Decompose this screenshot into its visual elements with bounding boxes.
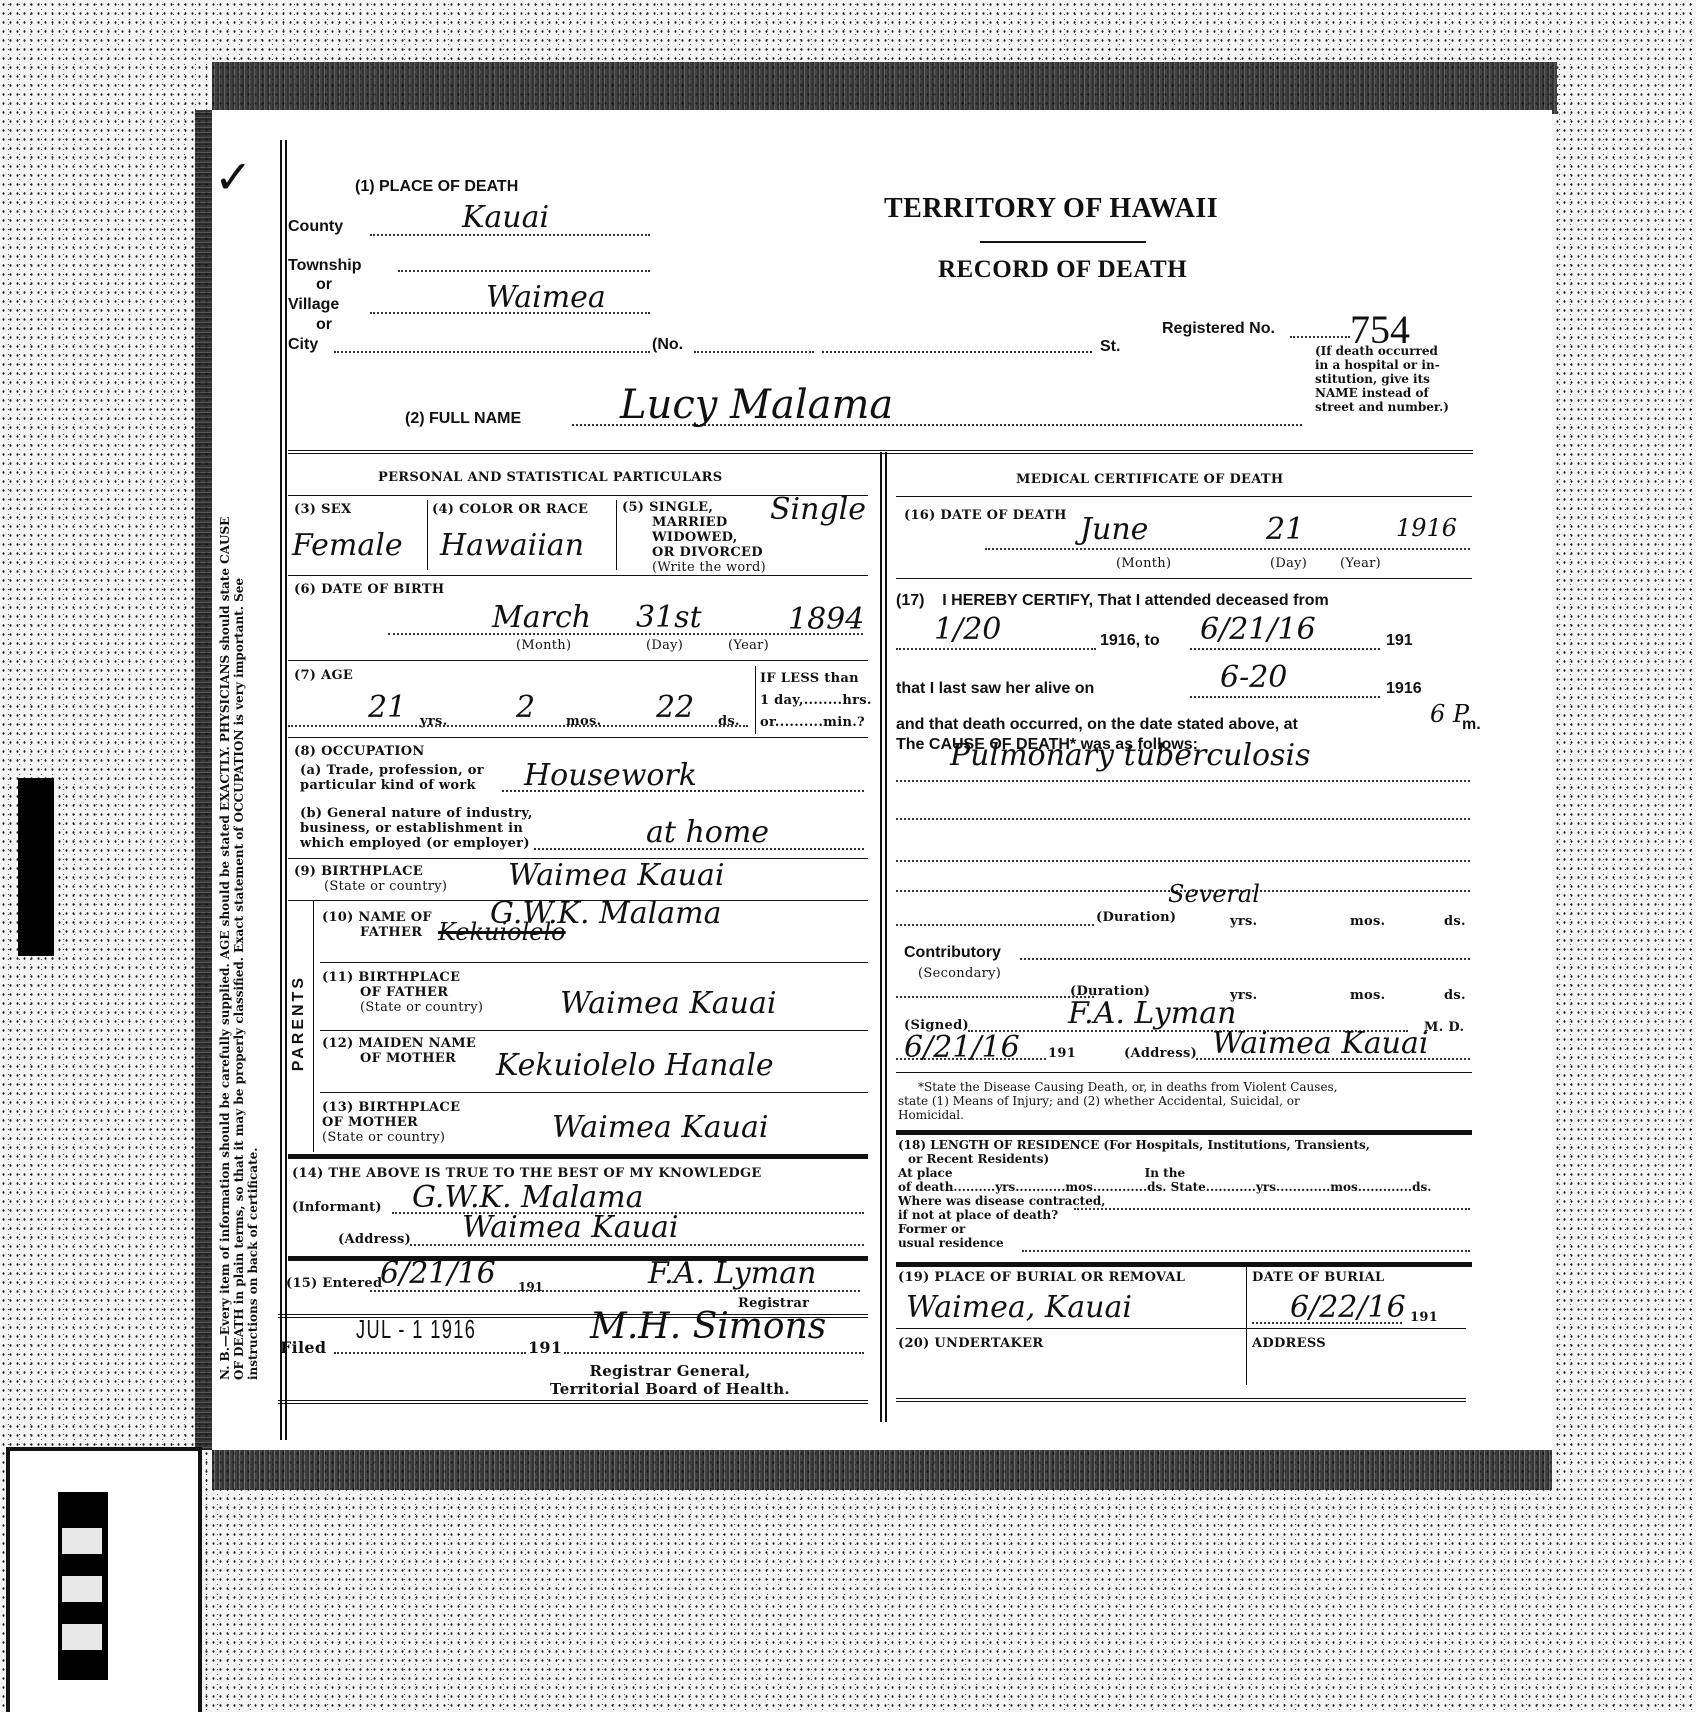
occupation-a-value: Housework [524, 758, 697, 793]
cause-footnote: *State the Disease Causing Death, or, in… [898, 1080, 1338, 1122]
sign-date: 6/21/16 [904, 1030, 1020, 1065]
occupation-b-label: (b) General nature of industry, business… [300, 806, 533, 851]
city-line [334, 351, 650, 353]
undertaker-address-label: ADDRESS [1252, 1336, 1326, 1351]
dob-label: (6) DATE OF BIRTH [294, 582, 444, 597]
burial-place-value: Waimea, Kauai [906, 1290, 1132, 1325]
mos-label: mos. [1350, 914, 1385, 929]
dod-day: 21 [1266, 512, 1304, 547]
rule [755, 666, 756, 734]
registrar-general-line [564, 1352, 864, 1354]
filed-line [334, 1352, 526, 1354]
age-months: 2 [516, 690, 535, 725]
day-caption: (Day) [646, 638, 683, 653]
cause-of-death: Pulmonary tuberculosis [950, 738, 1310, 773]
filed-label: Filed [280, 1340, 326, 1355]
dod-label: (16) DATE OF DEATH [904, 508, 1067, 523]
father-birthplace-label: (11) BIRTHPLACE OF FATHER (State or coun… [322, 970, 483, 1015]
birthplace-label: (9) BIRTHPLACE (State or country) [294, 864, 447, 894]
race-label: (4) COLOR OR RACE [432, 502, 588, 517]
personal-heading: PERSONAL AND STATISTICAL PARTICULARS [378, 470, 722, 485]
attended-from-line [896, 648, 1096, 650]
county-label: County [288, 218, 343, 236]
last-saw-label: that I last saw her alive on [896, 680, 1094, 698]
time-suffix: m. [1462, 716, 1481, 734]
mother-label: (12) MAIDEN NAME OF MOTHER [322, 1036, 476, 1066]
rule [896, 1262, 1472, 1267]
certify-line: (17) I HEREBY CERTIFY, That I attended d… [896, 592, 1329, 610]
street-no-label: (No. [652, 336, 683, 354]
rule [896, 1328, 1466, 1329]
scan-shadow-bottom [212, 1450, 1552, 1490]
usual-residence-line [1022, 1250, 1470, 1252]
registrar-general-label: Registrar General, Territorial Board of … [550, 1362, 790, 1398]
year-caption: (Year) [728, 638, 769, 653]
dob-day: 31st [636, 600, 702, 635]
rule [288, 575, 868, 576]
rule [427, 500, 428, 570]
informant-address-label: (Address) [338, 1232, 411, 1247]
dob-month: March [492, 600, 591, 635]
burial-year-prefix: 191 [1410, 1310, 1438, 1325]
duration-years: Several [1168, 880, 1260, 908]
contributory-line [1020, 958, 1470, 960]
age-line [288, 725, 748, 727]
race-value: Hawaiian [440, 528, 584, 563]
rule [616, 500, 617, 570]
mother-value: Kekuiolelo Hanale [496, 1048, 774, 1083]
township-label: Township [288, 257, 361, 275]
mother-birthplace-label: (13) BIRTHPLACE OF MOTHER (State or coun… [322, 1100, 460, 1145]
village-label: Village [288, 296, 339, 314]
last-saw-line [1190, 696, 1380, 698]
county-value: Kauai [462, 200, 549, 235]
attended-from: 1/20 [934, 612, 1001, 647]
film-strip [58, 1492, 108, 1680]
age-label: (7) AGE [294, 668, 353, 683]
check-mark-icon: ✓ [214, 150, 253, 204]
filed-year-prefix: 191 [528, 1340, 562, 1355]
hospital-note: (If death occurred in a hospital or in- … [1315, 344, 1449, 414]
full-name-label: (2) FULL NAME [405, 410, 521, 428]
entered-date: 6/21/16 [380, 1256, 496, 1291]
registrar-signature: F.A. Lyman [648, 1256, 816, 1291]
margin-double-rule [280, 140, 287, 1440]
sign-year-prefix: 191 [1048, 1046, 1076, 1061]
physician-address-label: (Address) [1124, 1046, 1197, 1061]
duration-line [896, 924, 1094, 926]
cause-line-2 [896, 818, 1470, 820]
yrs-label: yrs. [420, 714, 447, 729]
physician-address: Waimea Kauai [1212, 1026, 1428, 1061]
burial-date-label: DATE OF BURIAL [1252, 1270, 1384, 1285]
form-subtitle: RECORD OF DEATH [938, 256, 1187, 284]
village-value: Waimea [486, 280, 606, 315]
attended-from-year: 1916, to [1100, 632, 1160, 650]
medical-heading: MEDICAL CERTIFICATE OF DEATH [1016, 472, 1283, 487]
dod-year: 1916 [1396, 514, 1457, 542]
entered-label: (15) Entered [286, 1276, 382, 1291]
ds-label: ds. [718, 714, 740, 729]
md-label: M. D. [1424, 1020, 1464, 1035]
full-name-value: Lucy Malama [620, 382, 893, 428]
age-days: 22 [656, 690, 694, 725]
parents-label: PARENTS [290, 975, 308, 1071]
ds-label: ds. [1444, 914, 1466, 929]
secondary-label: (Secondary) [918, 966, 1001, 981]
occupation-label: (8) OCCUPATION [294, 744, 425, 759]
rule [288, 660, 868, 661]
street-no-line [694, 351, 814, 353]
mother-birthplace-value: Waimea Kauai [552, 1110, 768, 1145]
mos-label: mos. [566, 714, 601, 729]
street-line [822, 351, 1092, 353]
duration-label: (Duration) [1096, 910, 1176, 925]
rule [896, 1398, 1466, 1402]
marital-label: (5) SINGLE, MARRIED WIDOWED, OR DIVORCED… [622, 500, 766, 575]
occupation-b-value: at home [646, 815, 769, 850]
father-birthplace-value: Waimea Kauai [560, 986, 776, 1021]
informant-address-value: Waimea Kauai [462, 1210, 678, 1245]
ds-label: ds. [1444, 988, 1466, 1003]
time-of-death-label: and that death occurred, on the date sta… [896, 716, 1298, 734]
rule [320, 962, 868, 963]
rule [320, 1092, 868, 1093]
rule [320, 1030, 868, 1031]
attended-to-year: 191 [1386, 632, 1413, 650]
entered-year-prefix: 191 [518, 1280, 543, 1294]
binder-tab [18, 778, 54, 956]
scan-shadow-top [212, 62, 1557, 114]
registrar-general-signature: M.H. Simons [590, 1306, 826, 1347]
rule [288, 1154, 868, 1159]
father-label: (10) NAME OF FATHER [322, 910, 432, 940]
rule [896, 578, 1472, 579]
or-label: or [316, 276, 332, 294]
contributory-label: Contributory [904, 944, 1001, 962]
margin-note: N. B.—Every item of information should b… [218, 200, 260, 1380]
sex-label: (3) SEX [294, 502, 351, 517]
last-saw-year: 1916 [1386, 680, 1422, 698]
day-caption: (Day) [1270, 556, 1307, 571]
filed-date-stamp: JUL - 1 1916 [356, 1314, 476, 1345]
dob-year: 1894 [788, 602, 864, 637]
city-label: City [288, 336, 318, 354]
last-saw-date: 6-20 [1220, 660, 1287, 695]
dod-line [985, 548, 1470, 550]
form-title: TERRITORY OF HAWAII [884, 193, 1218, 225]
rule [288, 737, 868, 738]
informant-heading: (14) THE ABOVE IS TRUE TO THE BEST OF MY… [292, 1166, 762, 1181]
yrs-label: yrs. [1230, 914, 1257, 929]
month-caption: (Month) [516, 638, 571, 653]
rule [896, 1130, 1472, 1135]
marital-value: Single [770, 492, 866, 527]
place-of-death-heading: (1) PLACE OF DEATH [355, 178, 518, 196]
informant-label: (Informant) [292, 1200, 382, 1215]
burial-date-value: 6/22/16 [1290, 1290, 1406, 1325]
attended-to-line [1190, 648, 1380, 650]
title-rule [980, 241, 1146, 243]
less-than-day: IF LESS than 1 day,........hrs. or......… [760, 668, 872, 734]
rule [278, 1400, 868, 1404]
age-years: 21 [368, 690, 406, 725]
township-line [398, 270, 650, 272]
rule [896, 1072, 1472, 1073]
sex-value: Female [292, 528, 403, 563]
dod-month: June [1080, 512, 1148, 547]
burial-place-label: (19) PLACE OF BURIAL OR REMOVAL [898, 1270, 1185, 1285]
column-divider [880, 452, 887, 1422]
father-struck-value: Kekuiolelo [438, 918, 566, 946]
disease-contracted-line [1074, 1208, 1470, 1210]
street-label: St. [1100, 338, 1120, 356]
rule [896, 496, 1472, 497]
undertaker-label: (20) UNDERTAKER [898, 1336, 1043, 1351]
rule [313, 900, 314, 1152]
occupation-a-label: (a) Trade, profession, or particular kin… [300, 763, 484, 793]
cause-line-1 [896, 780, 1470, 782]
rule [1246, 1265, 1247, 1385]
month-caption: (Month) [1116, 556, 1171, 571]
residence-section: (18) LENGTH OF RESIDENCE (For Hospitals,… [898, 1138, 1431, 1250]
mos-label: mos. [1350, 988, 1385, 1003]
birthplace-value: Waimea Kauai [508, 858, 724, 893]
or-label: or [316, 316, 332, 334]
year-caption: (Year) [1340, 556, 1381, 571]
cause-line-3 [896, 860, 1470, 862]
registered-no-line [1290, 336, 1350, 338]
registered-no-label: Registered No. [1162, 320, 1275, 338]
duration2-line [896, 996, 1094, 998]
attended-to: 6/21/16 [1200, 612, 1316, 647]
